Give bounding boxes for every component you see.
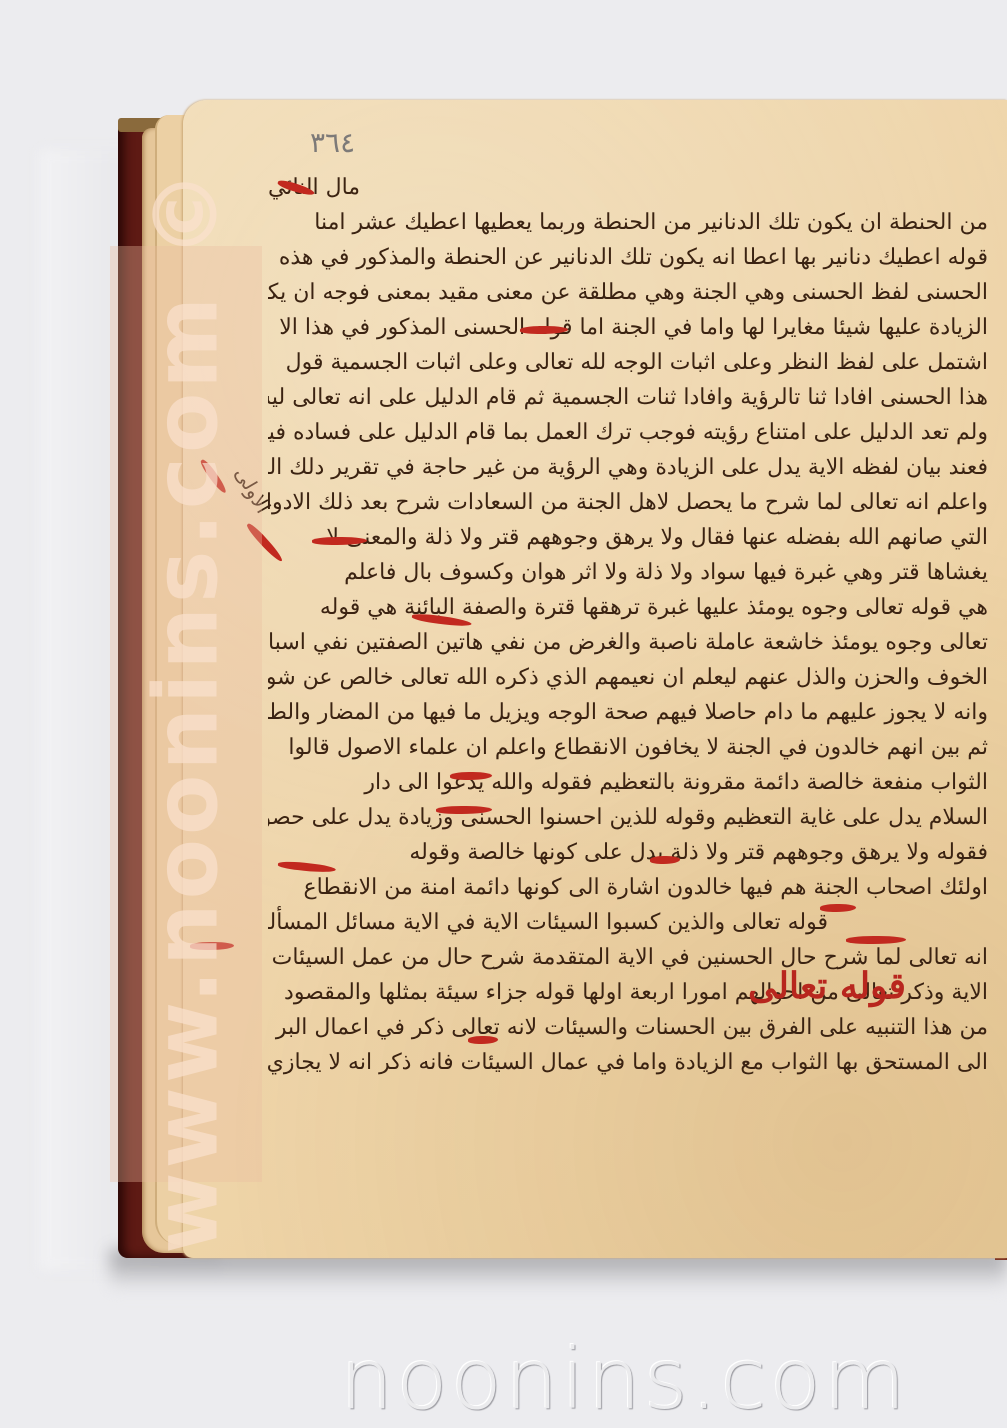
text-line: قوله تعالى والذين كسبوا السيئات الاية في… [268, 905, 828, 940]
text-line: هذا الحسنى افادا ثنا تالرؤية وافادا ثنات… [268, 380, 988, 415]
text-line: السلام يدل على غاية التعظيم وقوله للذين … [268, 800, 988, 835]
text-line: يغشاها قتر وهي غبرة فيها سواد ولا ذلة ول… [268, 555, 988, 590]
text-line: ولم تعد الدليل على امتناع رؤيته فوجب ترك… [268, 415, 988, 450]
text-line: فقوله ولا يرهق وجوههم قتر ولا ذلة يدل عل… [268, 835, 988, 870]
bottom-watermark: noonins.com [340, 1330, 909, 1428]
text-line: الخوف والحزن والذل عنهم ليعلم ان نعيمهم … [268, 660, 988, 695]
text-line: فعند بيان لفظه الاية يدل على الزيادة وهي… [268, 450, 988, 485]
vertical-watermark: www.noonins.com © [135, 166, 238, 1253]
folio-number: ٣٦٤ [310, 126, 355, 159]
text-line: تعالى وجوه يومئذ خاشعة عاملة ناصبة والغر… [268, 625, 988, 660]
text-line: التي صانهم الله بفضله عنها فقال ولا يرهق… [268, 520, 988, 555]
text-line: الحسنى لفظ الحسنى وهي الجنة وهي مطلقة عن… [268, 275, 988, 310]
text-line: اولئك اصحاب الجنة هم فيها خالدون اشارة ا… [268, 870, 988, 905]
rubric-heading: قوله تعالى [748, 965, 906, 1007]
text-line: الى المستحق بها الثواب مع الزيادة واما ف… [268, 1045, 988, 1080]
text-line: قوله اعطيك دنانير بها اعطا انه يكون تلك … [268, 240, 988, 275]
text-line: هي قوله تعالى وجوه يومئذ عليها غبرة ترهق… [268, 590, 988, 625]
text-line: اشتمل على لفظ النظر وعلى اثبات الوجه لله… [268, 345, 988, 380]
text-line: من هذا التنبيه على الفرق بين الحسنات وال… [268, 1010, 988, 1045]
text-line: الزيادة عليها شيئا مغايرا لها واما في ال… [268, 310, 988, 345]
text-line: الثواب منفعة خالصة دائمة مقرونة بالتعظيم… [268, 765, 988, 800]
text-line: من الحنطة ان يكون تلك الدنانير من الحنطة… [268, 205, 988, 240]
text-line: ثم بين انهم خالدون في الجنة لا يخافون ال… [268, 730, 988, 765]
text-line: وانه لا يجوز عليهم ما دام حاصلا فيهم صحة… [268, 695, 988, 730]
text-line: واعلم انه تعالى لما شرح ما يحصل لاهل الج… [268, 485, 988, 520]
